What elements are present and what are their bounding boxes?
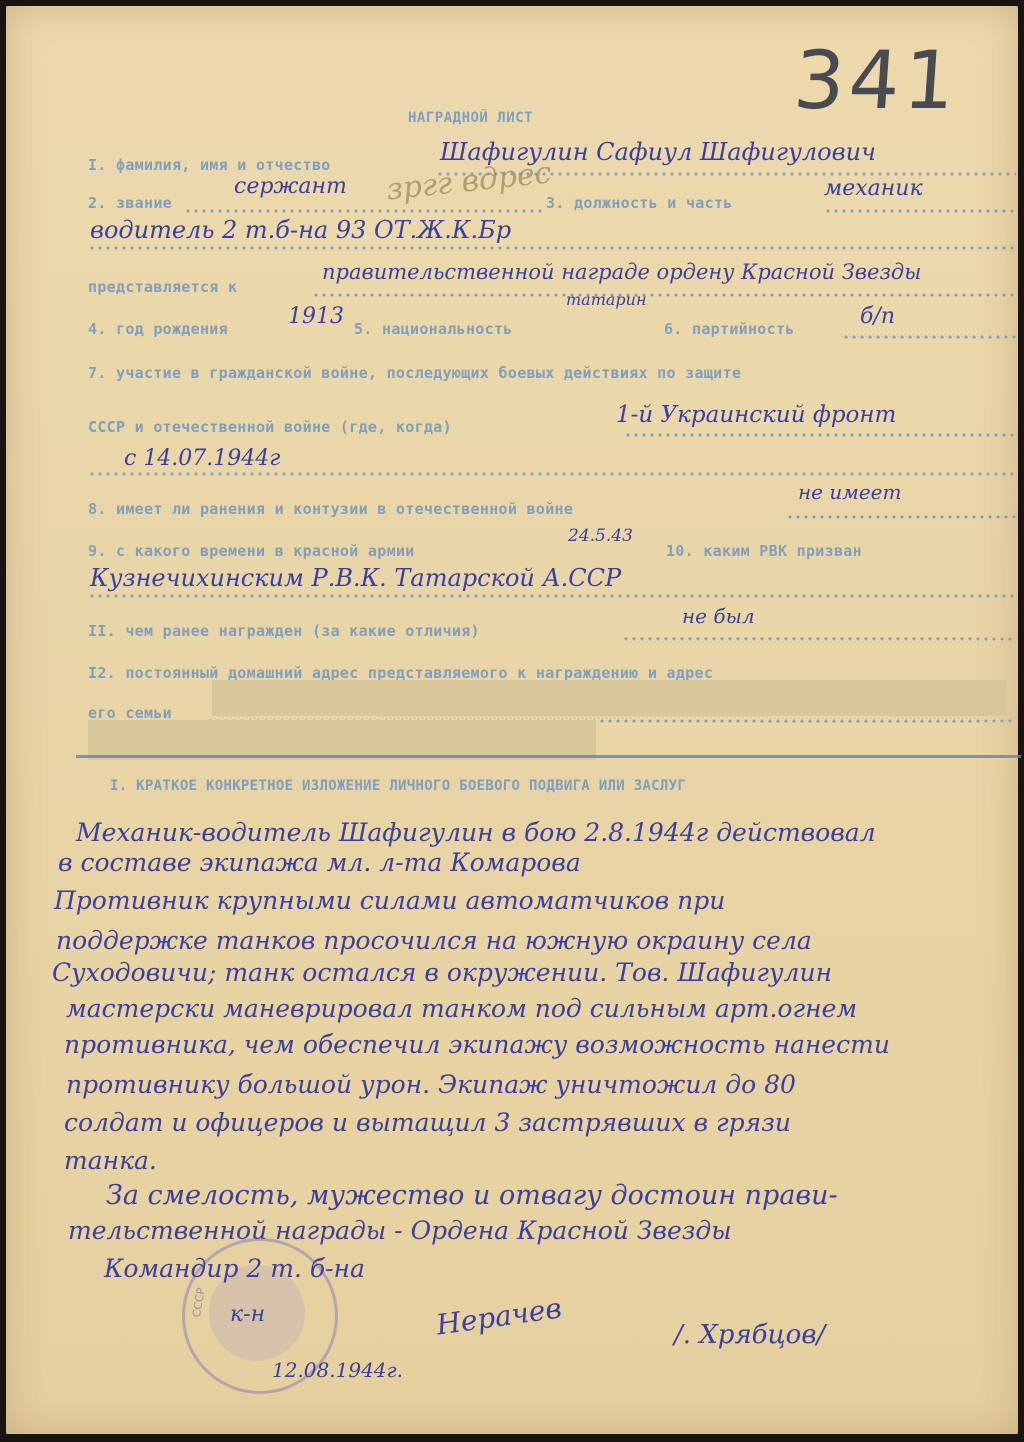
field-2-label: 2. звание: [88, 194, 172, 212]
field-7-label-a: 7. участие в гражданской войне, последую…: [88, 364, 741, 382]
commander-rank: к-н: [230, 1302, 265, 1327]
field-6-value: б/п: [860, 304, 895, 329]
field-2-dots: [184, 209, 544, 213]
field-4-label: 4. год рождения: [88, 320, 228, 338]
narrative-line: тельственной награды - Ордена Красной Зв…: [68, 1216, 732, 1245]
field-10-label: 10. каким РВК призван: [666, 542, 862, 560]
field-6-dots: [842, 335, 1016, 339]
document-title: НАГРАДНОЙ ЛИСТ: [408, 110, 533, 126]
field-11-value: не был: [682, 604, 755, 628]
nominated-dots: [312, 293, 1016, 297]
field-5-label: 5. национальность: [354, 320, 513, 338]
field-1-label: I. фамилия, имя и отчество: [88, 156, 331, 174]
field-3-label: 3. должность и часть: [546, 194, 733, 212]
narrative-line: За смелость, мужество и отвагу достоин п…: [106, 1180, 838, 1211]
section-divider: [76, 755, 1021, 758]
commander-title: Командир 2 т. б-на: [104, 1254, 365, 1283]
field-5-value: татарин: [566, 290, 647, 309]
field-9-value: 24.5.43: [568, 526, 633, 546]
redacted-address-2: [88, 720, 596, 760]
field-2-value: сержант: [234, 174, 347, 199]
field-7-dots: [624, 433, 1016, 437]
field-8-value: не имеет: [798, 480, 901, 504]
commander-name: /. Хрябцов/: [674, 1320, 825, 1350]
sheet-number: 341: [791, 34, 962, 127]
field-7-value-b: с 14.07.1944г: [124, 446, 280, 471]
nominated-label: представляется к: [88, 278, 237, 296]
field-3-value-a: механик: [824, 176, 923, 201]
award-sheet-page: 341 НАГРАДНОЙ ЛИСТ зргг вдрес I. фамилия…: [6, 6, 1018, 1434]
narrative-line: танка.: [64, 1146, 157, 1175]
narrative-line: солдат и офицеров и вытащил 3 застрявших…: [64, 1108, 791, 1137]
narrative-line: противника, чем обеспечил экипажу возмож…: [64, 1030, 890, 1059]
narrative-line: Механик-водитель Шафигулин в бою 2.8.194…: [76, 818, 876, 847]
field-10-value: Кузнечихинским Р.В.К. Татарской А.ССР: [90, 564, 621, 592]
field-6-label: 6. партийность: [664, 320, 795, 338]
field-4-value: 1913: [288, 304, 344, 329]
field-7-dots-b: [88, 472, 1016, 476]
field-9-label: 9. с какого времени в красной армии: [88, 542, 415, 560]
narrative-line: мастерски маневрировал танком под сильны…: [66, 994, 857, 1023]
field-3-dots: [824, 209, 1016, 213]
narrative-line: Суходовичи; танк остался в окружении. То…: [52, 958, 832, 987]
field-8-label: 8. имеет ли ранения и контузии в отечест…: [88, 500, 573, 518]
field-1-dots: [436, 172, 1016, 176]
field-3-dots-b: [88, 246, 1016, 250]
narrative-line: противнику большой урон. Экипаж уничтожи…: [66, 1070, 796, 1099]
field-1-value: Шафигулин Сафиул Шафигулович: [440, 138, 876, 166]
field-11-dots: [622, 637, 1016, 641]
field-8-dots: [786, 515, 1016, 519]
signature: Нерачев: [434, 1291, 563, 1341]
redacted-address: [212, 680, 1006, 716]
narrative-line: в составе экипажа мл. л-та Комарова: [58, 848, 581, 877]
field-7-label-b: СССР и отечественной войне (где, когда): [88, 418, 452, 436]
signing-date: 12.08.1944г.: [272, 1358, 403, 1382]
field-7-value-a: 1-й Украинский фронт: [616, 402, 896, 428]
field-10-dots: [88, 594, 1016, 598]
section-heading: I. КРАТКОЕ КОНКРЕТНОЕ ИЗЛОЖЕНИЕ ЛИЧНОГО …: [110, 778, 686, 794]
nominated-value: правительственной награде ордену Красной…: [322, 260, 921, 284]
narrative-line: поддержке танков просочился на южную окр…: [56, 926, 812, 955]
field-11-label: II. чем ранее награжден (за какие отличи…: [88, 622, 480, 640]
field-3-value-b: водитель 2 т.б-на 93 ОТ.Ж.К.Бр: [90, 216, 511, 244]
narrative-line: Противник крупными силами автоматчиков п…: [54, 886, 725, 915]
